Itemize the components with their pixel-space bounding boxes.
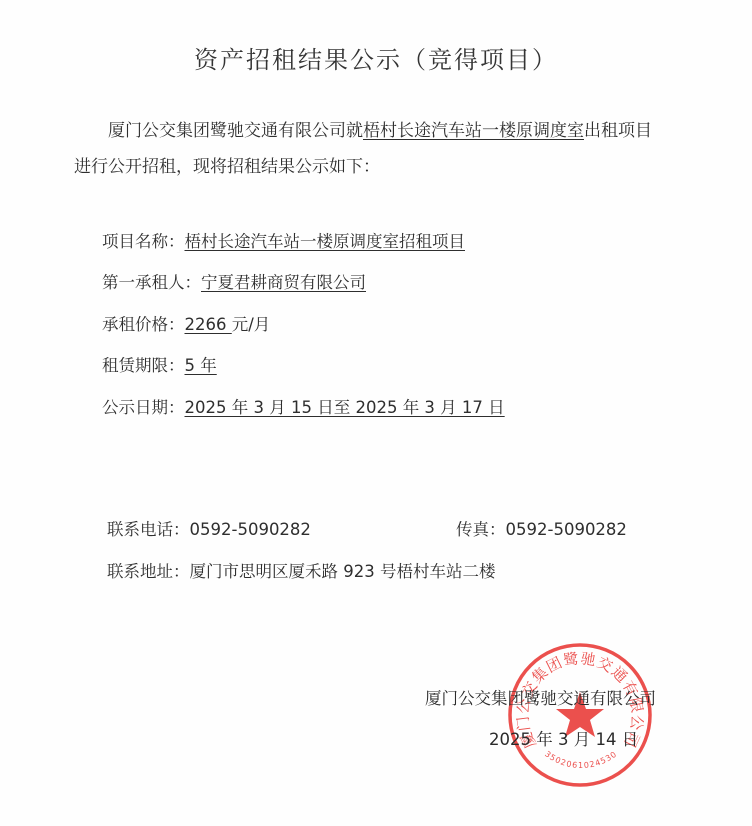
address-value: 厦门市思明区厦禾路 923 号梧村车站二楼: [190, 562, 496, 581]
intro-prefix: 厦门公交集团鹭驰交通有限公司就: [108, 121, 363, 141]
field-value: 宁夏君耕商贸有限公司: [201, 273, 366, 292]
field-value-suffix: 元/月: [232, 315, 271, 334]
intro-suffix: 出租项目: [584, 121, 652, 141]
signature-company: 厦门公交集团鹭驰交通有限公司: [425, 685, 656, 709]
company-seal-icon: 厦门公交集团鹭驰交通有限公司 3502061024530: [505, 640, 655, 790]
field-label: 项目名称：: [102, 232, 185, 251]
field-notice-date: 公示日期：2025 年 3 月 15 日至 2025 年 3 月 17 日: [102, 394, 505, 418]
document-page: 资产招租结果公示（竞得项目） 厦门公交集团鹭驰交通有限公司就梧村长途汽车站一楼原…: [0, 0, 752, 826]
field-label: 承租价格：: [102, 315, 185, 334]
intro-line-1: 厦门公交集团鹭驰交通有限公司就梧村长途汽车站一楼原调度室出租项目: [108, 116, 652, 141]
intro-line-2: 进行公开招租，现将招租结果公示如下：: [74, 152, 380, 177]
phone-label: 联系电话：: [107, 520, 190, 539]
fax-label: 传真：: [456, 520, 506, 539]
field-label: 租赁期限：: [102, 356, 185, 375]
document-title: 资产招租结果公示（竞得项目）: [0, 40, 752, 75]
field-value: 梧村长途汽车站一楼原调度室招租项目: [185, 232, 466, 251]
field-rent-price: 承租价格：2266 元/月: [102, 311, 270, 335]
contact-phone: 联系电话：0592-5090282: [107, 516, 311, 540]
signature-date: 2025 年 3 月 14 日: [489, 726, 638, 750]
contact-fax: 传真：0592-5090282: [456, 516, 627, 540]
intro-project-name: 梧村长途汽车站一楼原调度室: [363, 121, 584, 141]
field-value: 2266: [185, 315, 232, 334]
address-label: 联系地址：: [107, 562, 190, 581]
field-value: 5 年: [185, 356, 217, 375]
field-value: 2025 年 3 月 15 日至 2025 年 3 月 17 日: [185, 398, 505, 417]
field-label: 第一承租人：: [102, 273, 201, 292]
field-project-name: 项目名称：梧村长途汽车站一楼原调度室招租项目: [102, 228, 465, 252]
svg-text:3502061024530: 3502061024530: [543, 749, 619, 770]
contact-address: 联系地址：厦门市思明区厦禾路 923 号梧村车站二楼: [107, 558, 495, 582]
fax-value: 0592-5090282: [506, 520, 627, 539]
phone-value: 0592-5090282: [190, 520, 311, 539]
field-first-lessee: 第一承租人：宁夏君耕商贸有限公司: [102, 269, 366, 293]
field-lease-term: 租赁期限：5 年: [102, 352, 217, 376]
field-label: 公示日期：: [102, 398, 185, 417]
